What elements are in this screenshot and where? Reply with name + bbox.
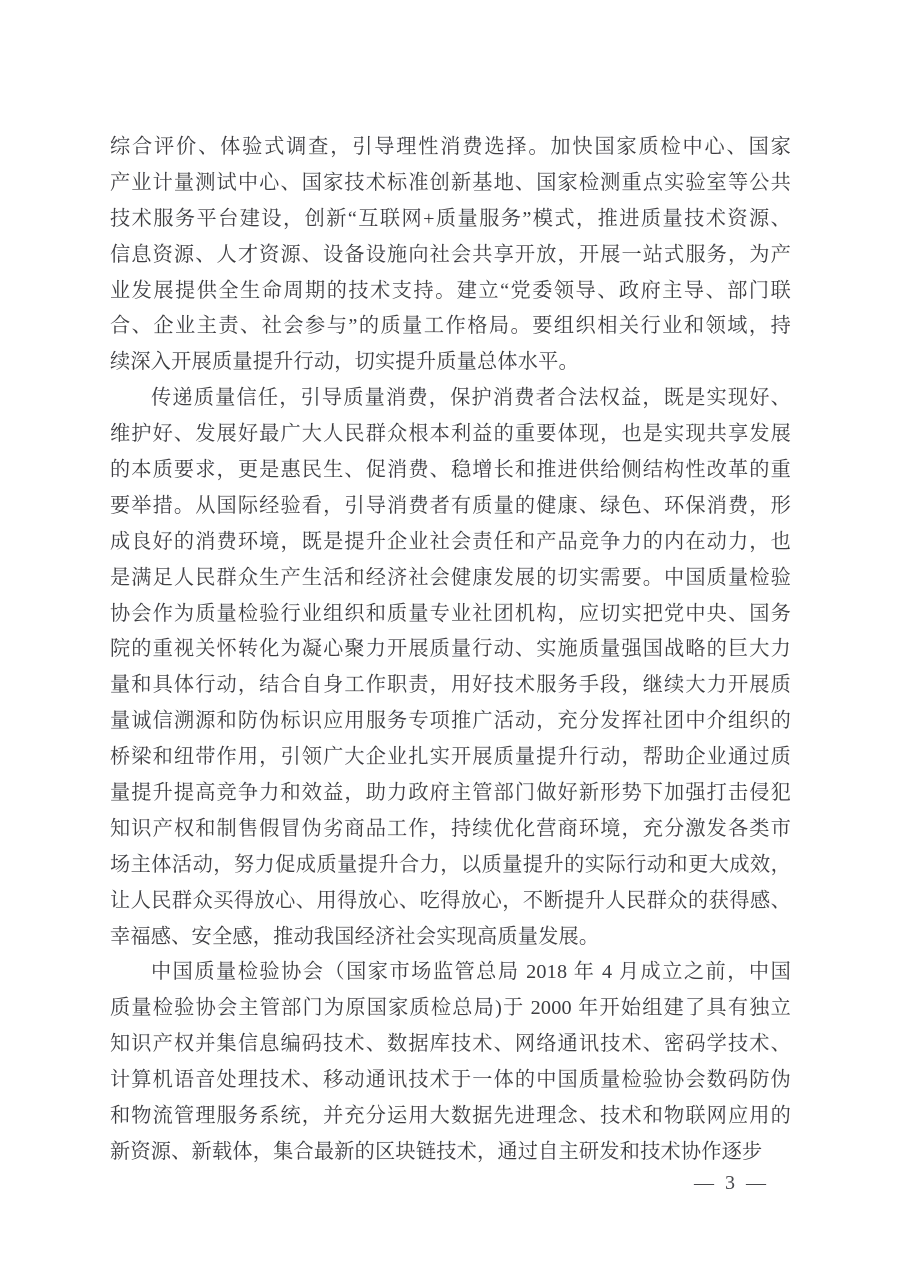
text-line: 和物流管理服务系统，并充分运用大数据先进理念、技术和物联网应用的 (110, 1099, 791, 1135)
text-line: 传递质量信任，引导质量消费，保护消费者合法权益，既是实现好、 (110, 381, 791, 417)
text-line: 信息资源、人才资源、设备设施向社会共享开放，开展一站式服务，为产 (110, 238, 791, 274)
text-line: 知识产权并集信息编码技术、数据库技术、网络通讯技术、密码学技术、 (110, 1027, 791, 1063)
text-line: 维护好、发展好最广大人民群众根本利益的重要体现，也是实现共享发展 (110, 417, 791, 453)
text-line: 质量检验协会主管部门为原国家质检总局)于 2000 年开始组建了具有独立 (110, 991, 791, 1027)
document-page: 综合评价、体验式调查，引导理性消费选择。加快国家质检中心、国家产业计量测试中心、… (0, 0, 900, 1273)
text-line: 场主体活动，努力促成质量提升合力，以质量提升的实际行动和更大成效， (110, 848, 791, 884)
text-line: 幸福感、安全感，推动我国经济社会实现高质量发展。 (110, 920, 791, 956)
text-line: 协会作为质量检验行业组织和质量专业社团机构，应切实把党中央、国务 (110, 597, 791, 633)
page-number: — 3 — (694, 1170, 769, 1196)
text-line: 业发展提供全生命周期的技术支持。建立“党委领导、政府主导、部门联 (110, 274, 791, 310)
text-line: 的本质要求，更是惠民生、促消费、稳增长和推进供给侧结构性改革的重 (110, 453, 791, 489)
text-line: 技术服务平台建设，创新“互联网+质量服务”模式，推进质量技术资源、 (110, 202, 791, 238)
text-line: 是满足人民群众生产生活和经济社会健康发展的切实需要。中国质量检验 (110, 561, 791, 597)
text-line: 综合评价、体验式调查，引导理性消费选择。加快国家质检中心、国家 (110, 130, 791, 166)
text-line: 让人民群众买得放心、用得放心、吃得放心，不断提升人民群众的获得感、 (110, 884, 791, 920)
text-line: 院的重视关怀转化为凝心聚力开展质量行动、实施质量强国战略的巨大力 (110, 632, 791, 668)
text-line: 中国质量检验协会（国家市场监管总局 2018 年 4 月成立之前，中国 (110, 955, 791, 991)
text-line: 桥梁和纽带作用，引领广大企业扎实开展质量提升行动，帮助企业通过质 (110, 740, 791, 776)
text-line: 产业计量测试中心、国家技术标准创新基地、国家检测重点实验室等公共 (110, 166, 791, 202)
text-line: 续深入开展质量提升行动，切实提升质量总体水平。 (110, 345, 791, 381)
text-line: 计算机语音处理技术、移动通讯技术于一体的中国质量检验协会数码防伪 (110, 1063, 791, 1099)
text-line: 量诚信溯源和防伪标识应用服务专项推广活动，充分发挥社团中介组织的 (110, 704, 791, 740)
text-line: 量提升提高竞争力和效益，助力政府主管部门做好新形势下加强打击侵犯 (110, 776, 791, 812)
text-line: 要举措。从国际经验看，引导消费者有质量的健康、绿色、环保消费，形 (110, 489, 791, 525)
text-line: 量和具体行动，结合自身工作职责，用好技术服务手段，继续大力开展质 (110, 668, 791, 704)
text-line: 成良好的消费环境，既是提升企业社会责任和产品竞争力的内在动力，也 (110, 525, 791, 561)
text-line: 知识产权和制售假冒伪劣商品工作，持续优化营商环境，充分激发各类市 (110, 812, 791, 848)
text-line: 合、企业主责、社会参与”的质量工作格局。要组织相关行业和领域，持 (110, 309, 791, 345)
text-line: 新资源、新载体，集合最新的区块链技术，通过自主研发和技术协作逐步 (110, 1135, 791, 1171)
document-body: 综合评价、体验式调查，引导理性消费选择。加快国家质检中心、国家产业计量测试中心、… (110, 130, 791, 1171)
